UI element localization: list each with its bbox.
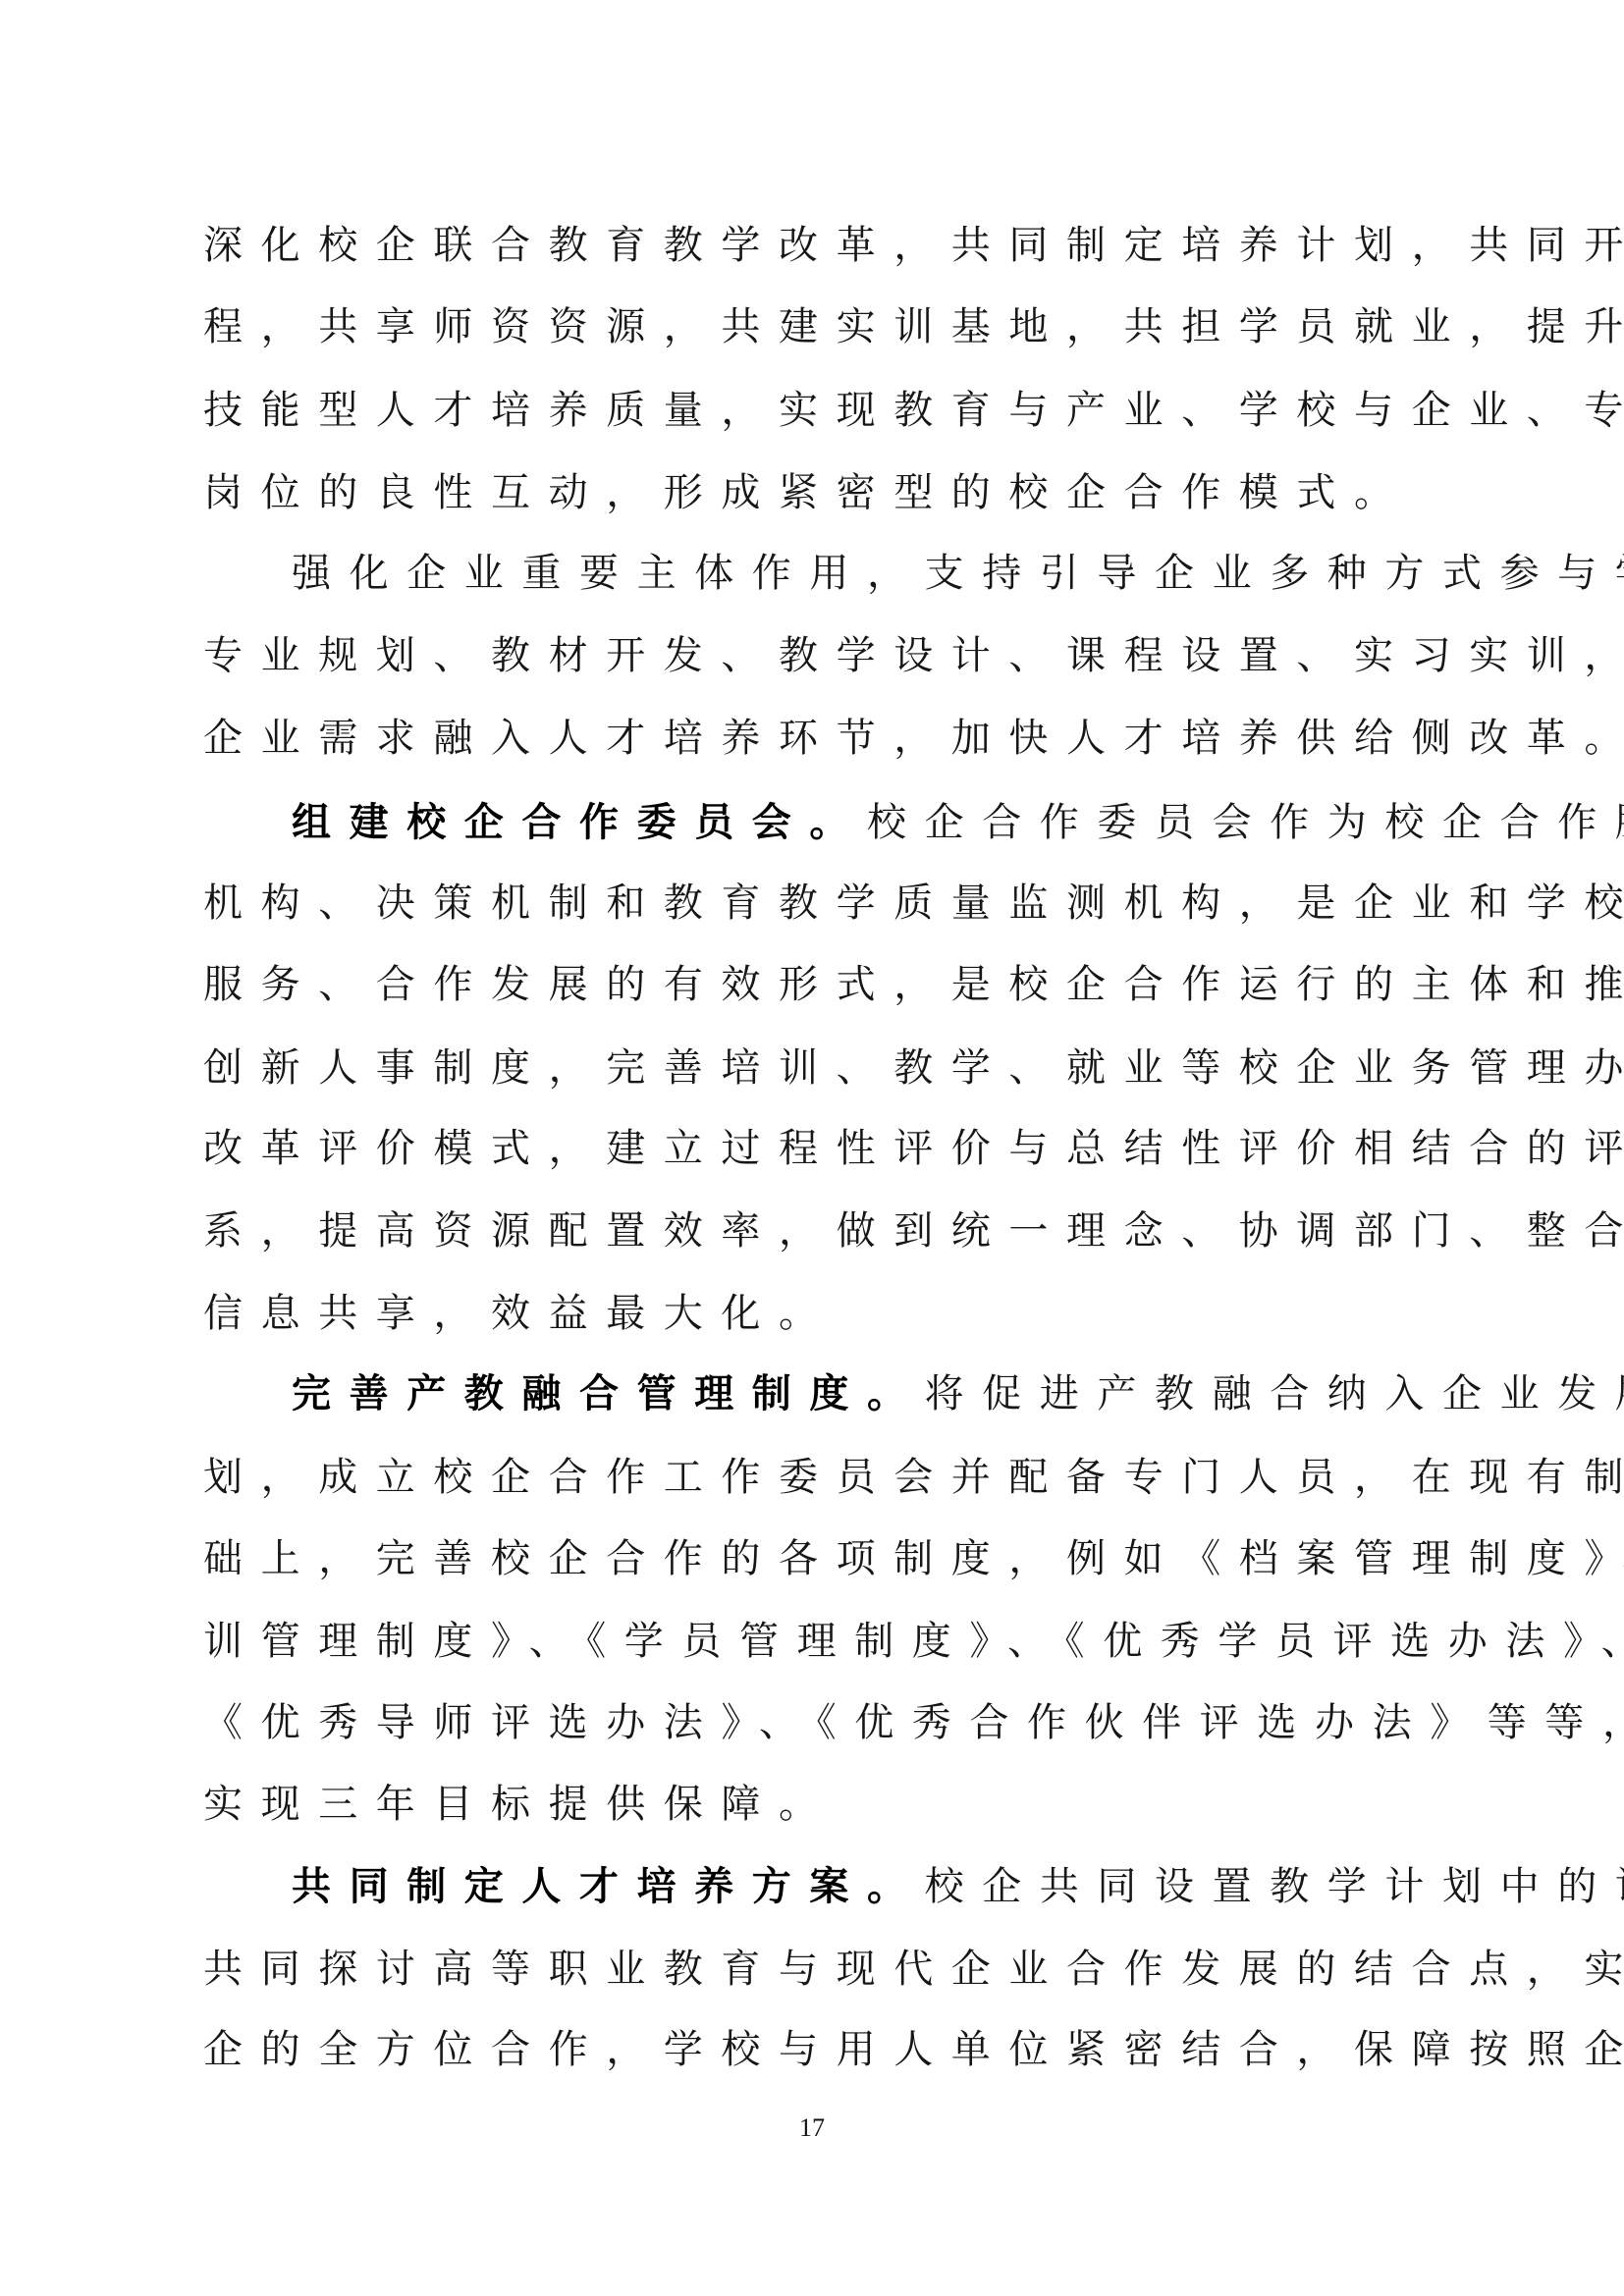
paragraph-4-line-4: 训管理制度》、《学员管理制度》、《优秀学员评选办法》、 xyxy=(203,1612,1421,1671)
paragraph-1-line-1: 深化校企联合教育教学改革，共同制定培养计划，共同开发课 xyxy=(203,216,1421,275)
paragraph-1-line-3: 技能型人才培养质量，实现教育与产业、学校与企业、专业与 xyxy=(203,381,1421,440)
paragraph-4-line-6: 实现三年目标提供保障。 xyxy=(203,1775,1421,1834)
paragraph-5-line-1: 共同制定人才培养方案。校企共同设置教学计划中的课程， xyxy=(292,1857,1509,1916)
paragraph-5-first-line-text: 校企共同设置教学计划中的课程， xyxy=(925,1864,1624,1909)
section-heading-training-plan: 共同制定人才培养方案。 xyxy=(292,1863,925,1909)
paragraph-3-line-7: 信息共享，效益最大化。 xyxy=(203,1284,1421,1343)
paragraph-2-line-3: 企业需求融入人才培养环节，加快人才培养供给侧改革。 xyxy=(203,709,1421,768)
section-heading-management-system: 完善产教融合管理制度。 xyxy=(292,1370,925,1416)
paragraph-5-line-3: 企的全方位合作，学校与用人单位紧密结合，保障按照企业需 xyxy=(203,2020,1421,2079)
paragraph-3-line-4: 创新人事制度，完善培训、教学、就业等校企业务管理办法， xyxy=(203,1039,1421,1097)
paragraph-4-line-1: 完善产教融合管理制度。将促进产教融合纳入企业发展规 xyxy=(292,1364,1509,1423)
paragraph-2-line-1: 强化企业重要主体作用，支持引导企业多种方式参与学校 xyxy=(292,544,1509,603)
document-page: 深化校企联合教育教学改革，共同制定培养计划，共同开发课 程，共享师资资源，共建实… xyxy=(0,0,1624,2296)
paragraph-1-line-4: 岗位的良性互动，形成紧密型的校企合作模式。 xyxy=(203,463,1421,522)
paragraph-3-line-3: 服务、合作发展的有效形式，是校企合作运行的主体和推动者。 xyxy=(203,955,1421,1014)
paragraph-5-line-2: 共同探讨高等职业教育与现代企业合作发展的结合点，实现校 xyxy=(203,1940,1421,1999)
paragraph-3-line-1: 组建校企合作委员会。校企合作委员会作为校企合作服务 xyxy=(292,793,1509,852)
paragraph-3-line-5: 改革评价模式，建立过程性评价与总结性评价相结合的评价体 xyxy=(203,1119,1421,1178)
paragraph-4-line-2: 划，成立校企合作工作委员会并配备专门人员，在现有制度基 xyxy=(203,1448,1421,1507)
paragraph-4-line-5: 《优秀导师评选办法》、《优秀合作伙伴评选办法》等等，为 xyxy=(203,1693,1421,1752)
paragraph-2-line-2: 专业规划、教材开发、教学设计、课程设置、实习实训，促进 xyxy=(203,626,1421,685)
paragraph-4-first-line-text: 将促进产教融合纳入企业发展规 xyxy=(925,1371,1624,1416)
page-number: 17 xyxy=(0,2110,1624,2146)
paragraph-3-first-line-text: 校企合作委员会作为校企合作服务 xyxy=(867,800,1624,845)
paragraph-3-line-2: 机构、决策机制和教育教学质量监测机构，是企业和学校合作 xyxy=(203,874,1421,933)
paragraph-1-line-2: 程，共享师资资源，共建实训基地，共担学员就业，提升高端 xyxy=(203,297,1421,356)
paragraph-4-line-3: 础上，完善校企合作的各项制度，例如《档案管理制度》、《培 xyxy=(203,1529,1421,1588)
section-heading-committee: 组建校企合作委员会。 xyxy=(292,799,867,845)
paragraph-3-line-6: 系，提高资源配置效率，做到统一理念、协调部门、整合资源、 xyxy=(203,1201,1421,1260)
